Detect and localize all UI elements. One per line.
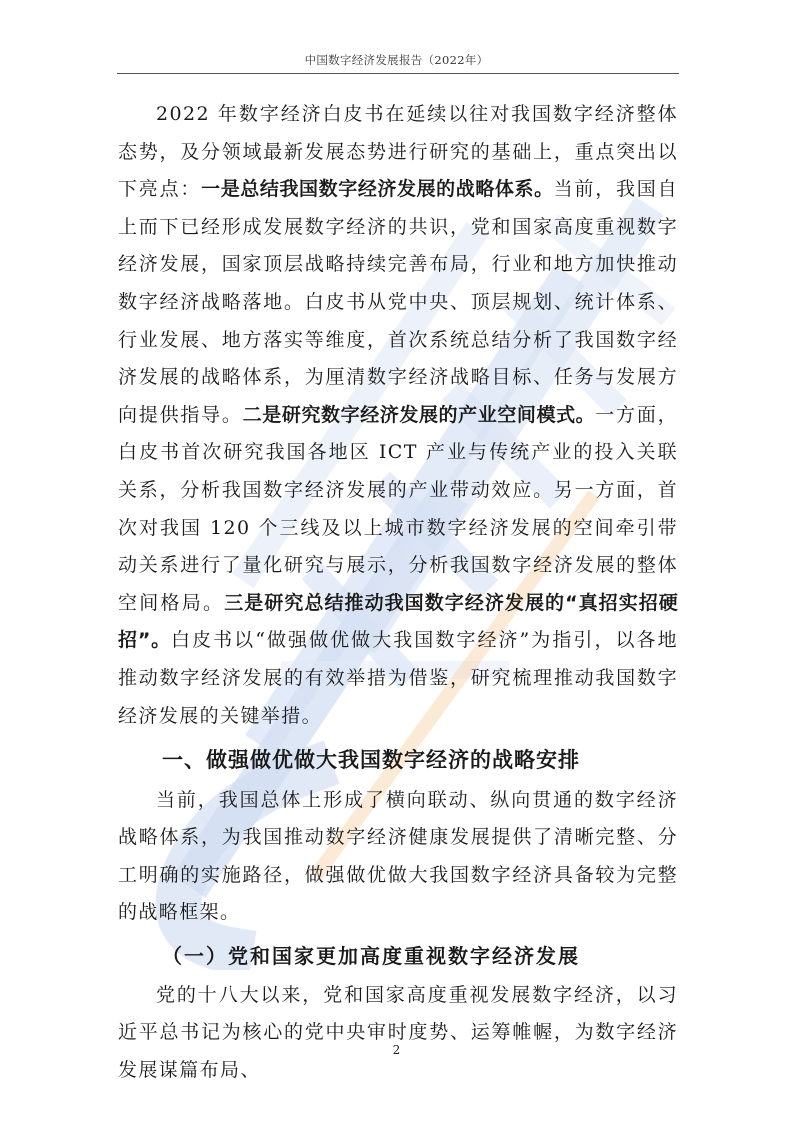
header-rule bbox=[117, 73, 679, 74]
running-header: 中国数字经济发展报告（2022年） bbox=[0, 52, 793, 68]
intro-text-3: 一方面，白皮书首次研究我国各地区 ICT 产业与传统产业的投入关联关系，分析我国… bbox=[118, 404, 678, 614]
subsection1-paragraph: 党的十八大以来，党和国家高度重视发展数字经济，以习近平总书记为核心的党中央审时度… bbox=[118, 977, 678, 1090]
highlight-1: 一是总结我国数字经济发展的战略体系。 bbox=[201, 178, 554, 200]
intro-text-2: 当前，我国自上而下已经形成发展数字经济的共识，党和国家高度重视数字经济发展，国家… bbox=[118, 178, 678, 426]
document-page: 中国数字经济发展报告（2022年） 2022 年数字经济白皮书在延续以往对我国数… bbox=[0, 0, 793, 1122]
intro-paragraph: 2022 年数字经济白皮书在延续以往对我国数字经济整体态势，及分领域最新发展态势… bbox=[118, 96, 678, 735]
section1-paragraph: 当前，我国总体上形成了横向联动、纵向贯通的数字经济战略体系，为我国推动数字经济健… bbox=[118, 782, 678, 932]
subsection-heading-1: （一）党和国家更加高度重视数字经济发展 bbox=[118, 938, 678, 976]
document-body: 2022 年数字经济白皮书在延续以往对我国数字经济整体态势，及分领域最新发展态势… bbox=[118, 96, 678, 1089]
highlight-2: 二是研究数字经济发展的产业空间模式。 bbox=[243, 404, 596, 426]
intro-text-4: 白皮书以“做强做优做大我国数字经济”为指引，以各地推动数字经济发展的有效举措为借… bbox=[118, 629, 678, 726]
section-heading-1: 一、做强做优做大我国数字经济的战略安排 bbox=[118, 742, 678, 780]
